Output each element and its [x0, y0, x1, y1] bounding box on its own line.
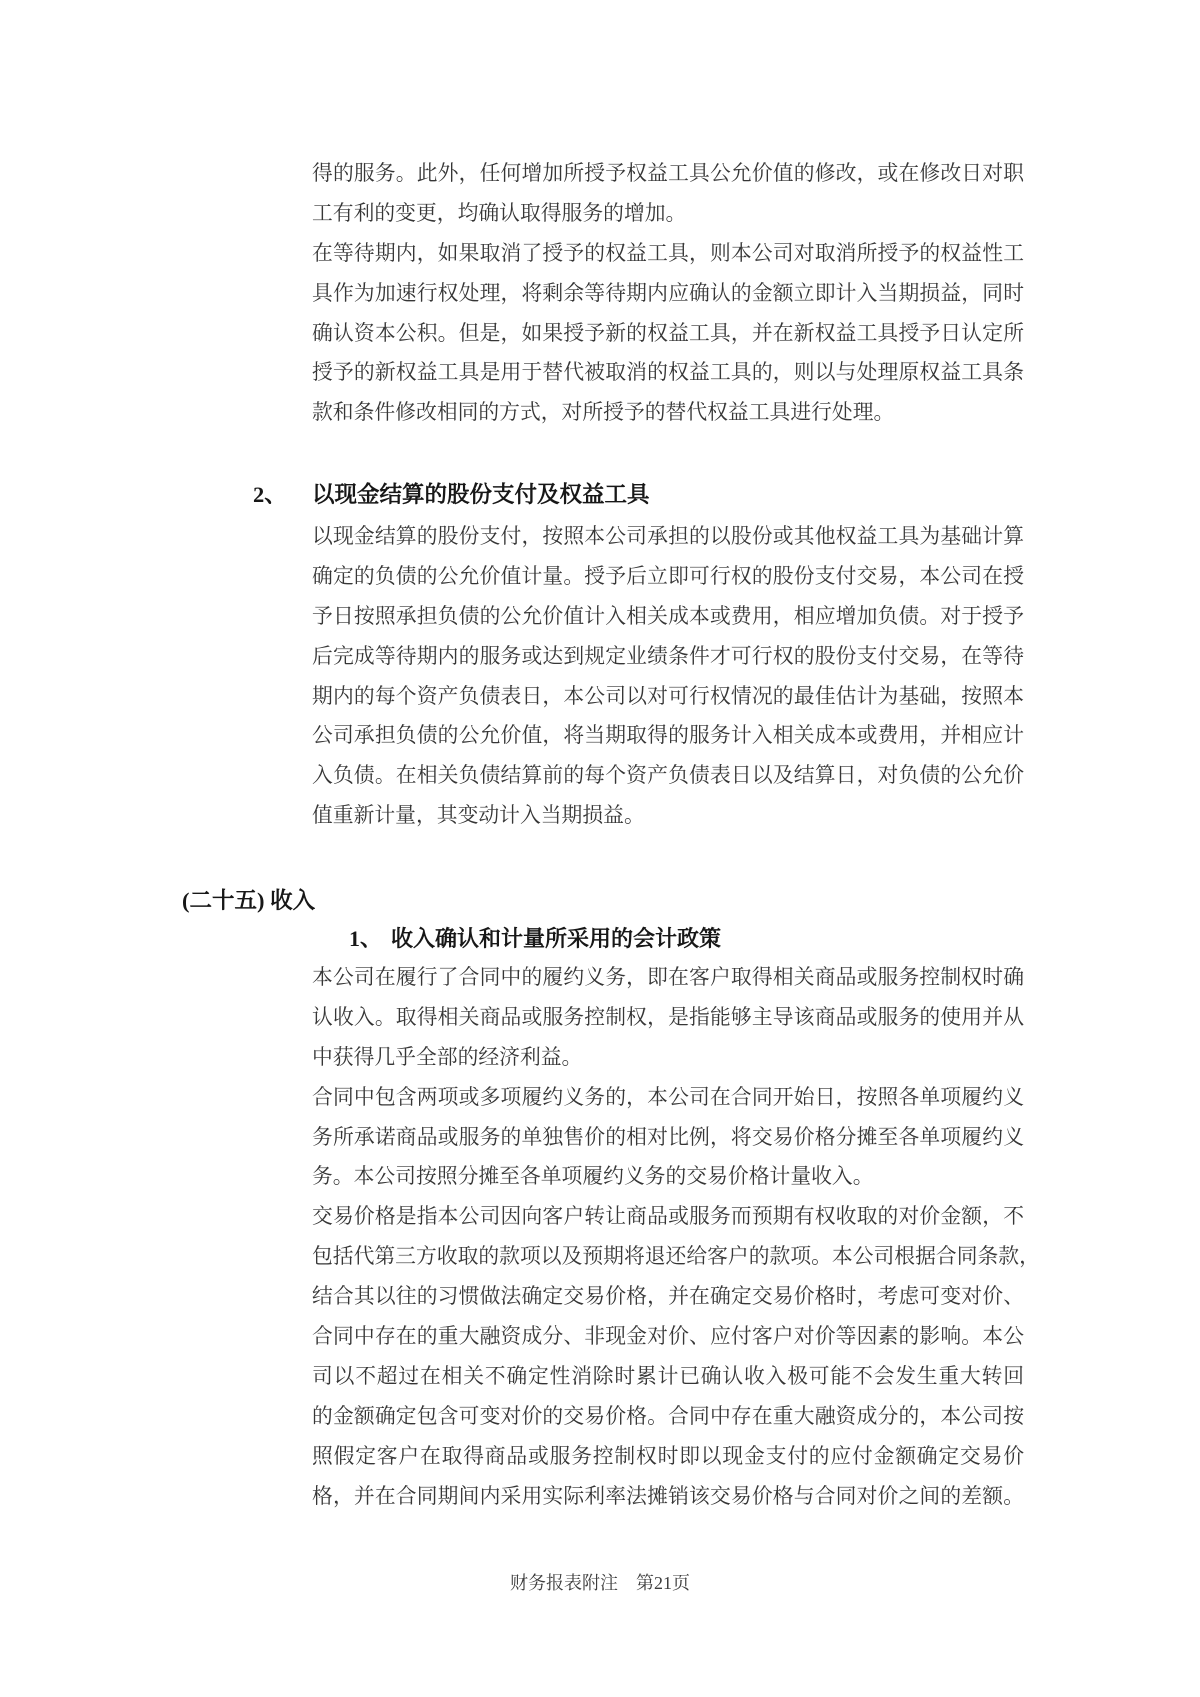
text-line: 后完成等待期内的服务或达到规定业绩条件才可行权的股份支付交易，在等待	[312, 637, 1024, 677]
text-line: 的金额确定包含可变对价的交易价格。合同中存在重大融资成分的，本公司按	[312, 1397, 1024, 1437]
text-line: 务。本公司按照分摊至各单项履约义务的交易价格计量收入。	[312, 1157, 1024, 1197]
text-line: 授予的新权益工具是用于替代被取消的权益工具的，则以与处理原权益工具条	[312, 353, 1024, 393]
text-line: 格，并在合同期间内采用实际利率法摊销该交易价格与合同对价之间的差额。	[312, 1477, 1024, 1517]
text-line: 得的服务。此外，任何增加所授予权益工具公允价值的修改，或在修改日对职	[312, 154, 1024, 194]
text-line: 认收入。取得相关商品或服务控制权，是指能够主导该商品或服务的使用并从	[312, 998, 1024, 1038]
text-line: 本公司在履行了合同中的履约义务，即在客户取得相关商品或服务控制权时确	[312, 958, 1024, 998]
text-line: 确定的负债的公允价值计量。授予后立即可行权的股份支付交易，本公司在授	[312, 557, 1024, 597]
text-line: 包括代第三方收取的款项以及预期将退还给客户的款项。本公司根据合同条款，	[312, 1237, 1024, 1277]
text-line: 务所承诺商品或服务的单独售价的相对比例，将交易价格分摊至各单项履约义	[312, 1118, 1024, 1158]
text-line: 具作为加速行权处理，将剩余等待期内应确认的金额立即计入当期损益，同时	[312, 274, 1024, 314]
text-line: 合同中包含两项或多项履约义务的，本公司在合同开始日，按照各单项履约义	[312, 1078, 1024, 1118]
paragraph-cash-settled-share-payment: 以现金结算的股份支付，按照本公司承担的以股份或其他权益工具为基础计算确定的负债的…	[312, 517, 1024, 836]
heading-cash-settled-share-payment: 2、 以现金结算的股份支付及权益工具	[253, 475, 650, 515]
text-line: 值重新计量，其变动计入当期损益。	[312, 796, 1024, 836]
text-line: 款和条件修改相同的方式，对所授予的替代权益工具进行处理。	[312, 393, 1024, 433]
page-footer: 财务报表附注 第21页	[0, 1570, 1200, 1596]
heading-title: 收入确认和计量所采用的会计政策	[391, 919, 721, 959]
text-line: 结合其以往的习惯做法确定交易价格，并在确定交易价格时，考虑可变对价、	[312, 1277, 1024, 1317]
heading-revenue-recognition-policy: 1、 收入确认和计量所采用的会计政策	[349, 919, 721, 959]
text-line: 照假定客户在取得商品或服务控制权时即以现金支付的应付金额确定交易价	[312, 1437, 1024, 1477]
paragraph-revenue-recognition: 本公司在履行了合同中的履约义务，即在客户取得相关商品或服务控制权时确认收入。取得…	[312, 958, 1024, 1516]
text-line: 以现金结算的股份支付，按照本公司承担的以股份或其他权益工具为基础计算	[312, 517, 1024, 557]
text-line: 中获得几乎全部的经济利益。	[312, 1038, 1024, 1078]
text-line: 期内的每个资产负债表日，本公司以对可行权情况的最佳估计为基础，按照本	[312, 677, 1024, 717]
heading-section-25-revenue: (二十五) 收入	[182, 881, 315, 921]
text-line: 工有利的变更，均确认取得服务的增加。	[312, 194, 1024, 234]
text-line: 公司承担负债的公允价值，将当期取得的服务计入相关成本或费用，并相应计	[312, 716, 1024, 756]
text-line: 入负债。在相关负债结算前的每个资产负债表日以及结算日，对负债的公允价	[312, 756, 1024, 796]
paragraph-equity-instrument-cancellation: 得的服务。此外，任何增加所授予权益工具公允价值的修改，或在修改日对职工有利的变更…	[312, 154, 1024, 433]
text-line: 在等待期内，如果取消了授予的权益工具，则本公司对取消所授予的权益性工	[312, 234, 1024, 274]
heading-title: 以现金结算的股份支付及权益工具	[312, 475, 650, 515]
text-line: 交易价格是指本公司因向客户转让商品或服务而预期有权收取的对价金额，不	[312, 1197, 1024, 1237]
text-line: 予日按照承担负债的公允价值计入相关成本或费用，相应增加负债。对于授予	[312, 597, 1024, 637]
heading-number: 2、	[253, 475, 312, 515]
text-line: 合同中存在的重大融资成分、非现金对价、应付客户对价等因素的影响。本公	[312, 1317, 1024, 1357]
heading-number: 1、	[349, 919, 391, 959]
text-line: 确认资本公积。但是，如果授予新的权益工具，并在新权益工具授予日认定所	[312, 314, 1024, 354]
document-page: 得的服务。此外，任何增加所授予权益工具公允价值的修改，或在修改日对职工有利的变更…	[0, 0, 1200, 1697]
text-line: 司以不超过在相关不确定性消除时累计已确认收入极可能不会发生重大转回	[312, 1357, 1024, 1397]
